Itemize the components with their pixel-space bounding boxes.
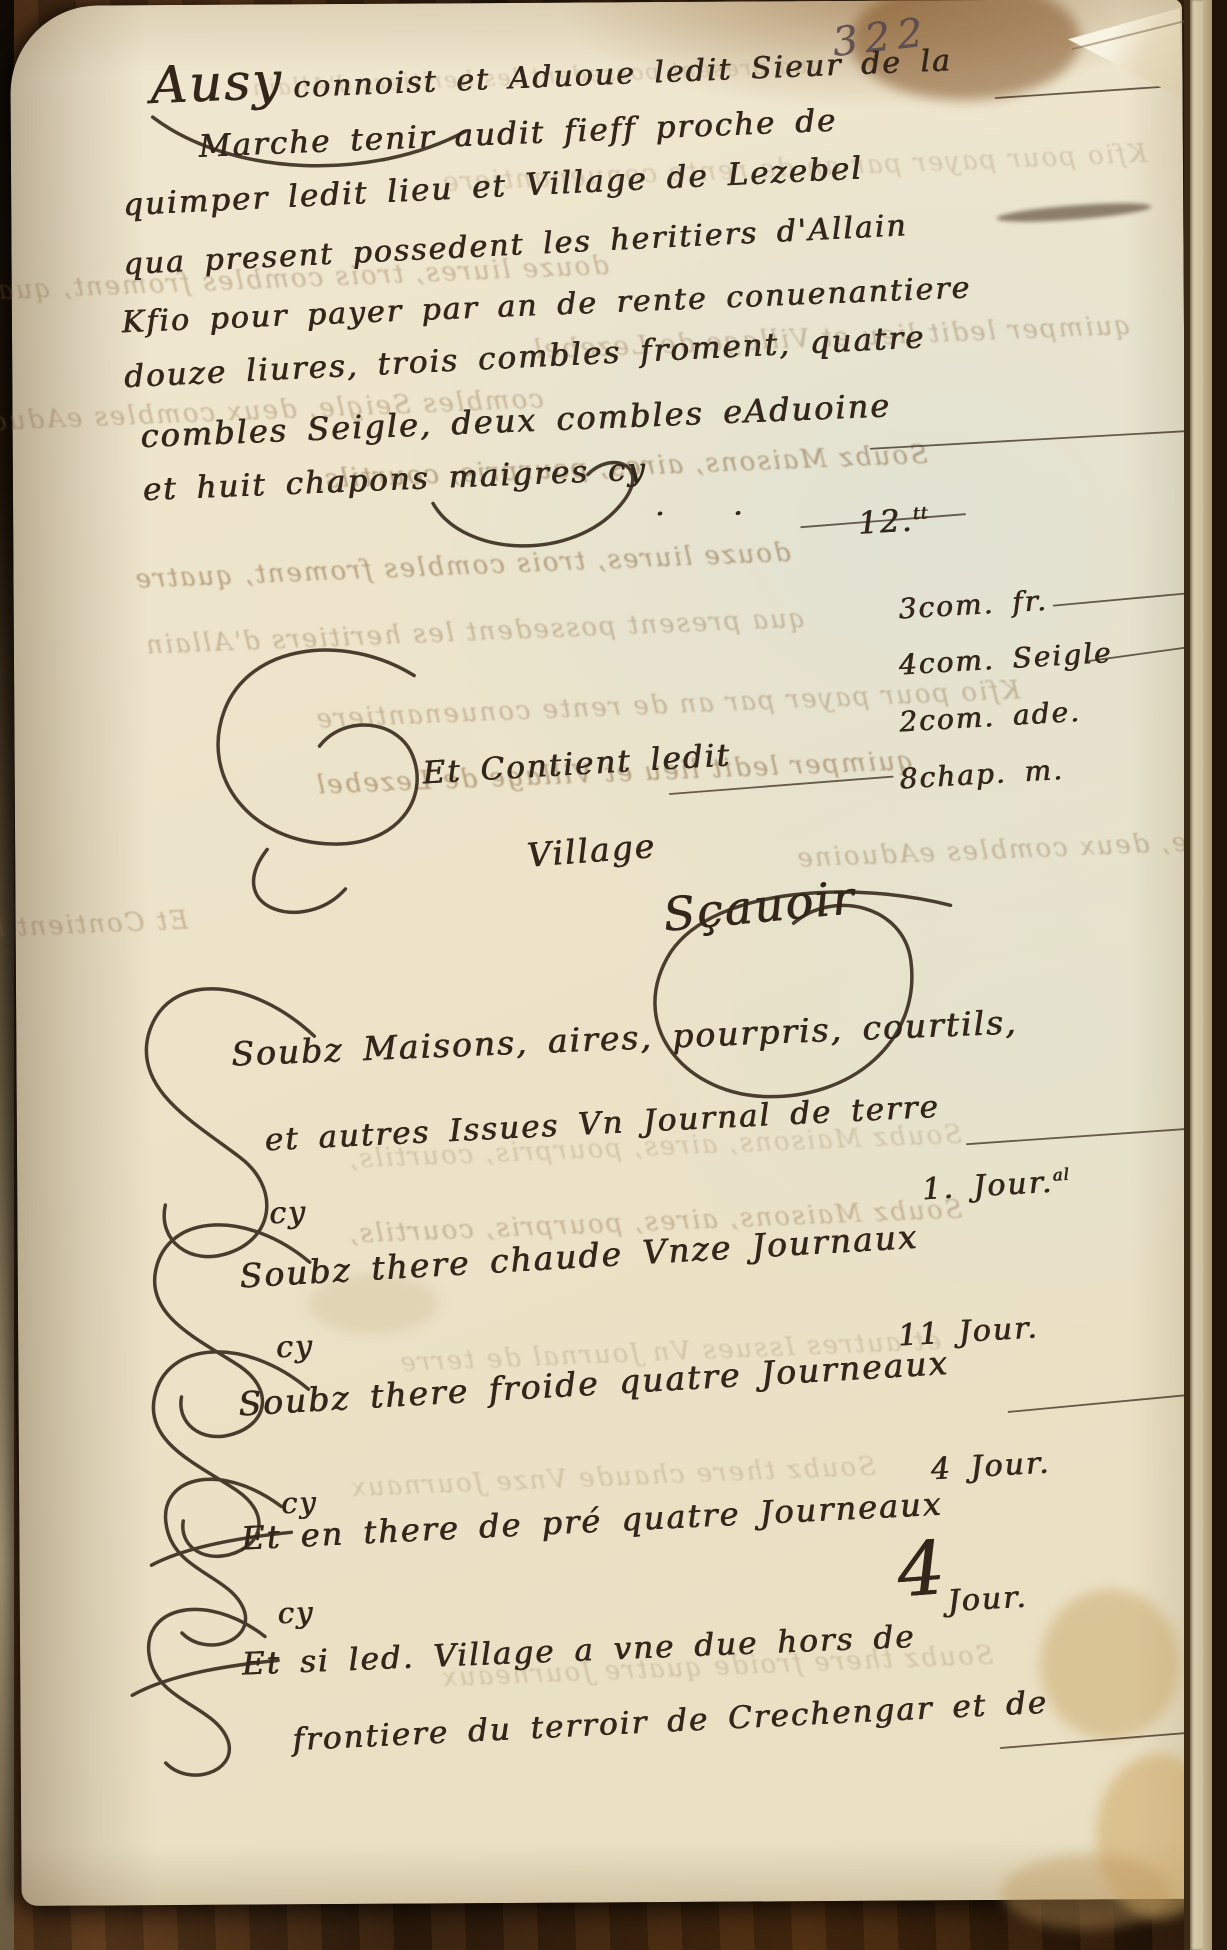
manuscript-line: cy [275,1329,314,1366]
flourished-word: Ausy [149,52,284,116]
ink-smudge [996,200,1152,226]
leader-dots: . . [655,487,769,523]
ink-bleedthrough: qua present possedent les heritiers d'Al… [143,604,805,661]
et-initial [165,1479,282,1645]
ink-bleedthrough: douze liures, trois combles froment, qua… [133,538,791,595]
margin-total: 3com. fr. [898,584,1049,626]
area-amount-numeral: 4 [894,1525,949,1614]
section-heading: Sçauoir [661,870,858,942]
et-contient-initial [253,849,345,913]
manuscript-line: Soubz Maisons, aires, pourpris, courtils… [231,1002,1019,1073]
manuscript-line: et huit chapons maigres cy [142,452,647,509]
et-contient-initial [217,649,417,844]
et-initial [148,1609,265,1775]
area-amount: Jour. [947,1580,1029,1620]
area-amount: 1. Jour.al [921,1164,1071,1208]
ink-bleedthrough: Et Contient ledit [0,906,189,946]
manuscript-page: qua present possedent les heritiers d'Al… [10,0,1194,1906]
photo-of-manuscript: { "photo": { "paper_color": "#ece3c9", "… [0,0,1227,1950]
ink-bleedthrough: combles Seigle, deux combles eAduoine [795,819,1227,874]
manuscript-line: cy [277,1595,315,1630]
manuscript-line: cy [269,1195,308,1232]
manuscript-line: Et en there de pré quatre Journeaux [240,1485,943,1558]
amount-unit: tt [912,503,929,524]
amount-value: 12. [857,503,914,542]
ink-rule [1009,1395,1191,1412]
page-stack-edge [1203,0,1212,1950]
amount-value: 1. Jour. [921,1165,1054,1208]
foxing-stain [1040,1589,1181,1740]
amount-unit: al [1052,1165,1070,1185]
manuscript-line: frontiere du terroir de Crechengar et de [292,1685,1049,1759]
page-stack-edge [1190,0,1203,1950]
ink-rule [967,1129,1189,1144]
wood-table-edge [1212,0,1227,1950]
section-heading: Village [526,826,658,875]
line-text: connoist et Aduoue ledit Sieur de la [293,43,953,105]
area-amount: 4 Jour. [930,1445,1051,1487]
margin-total: 8chap. m. [899,753,1065,796]
margin-total: 4com. Seigle [898,636,1113,681]
rent-amount: 12.tt [857,502,930,542]
ink-rule [1054,593,1194,606]
